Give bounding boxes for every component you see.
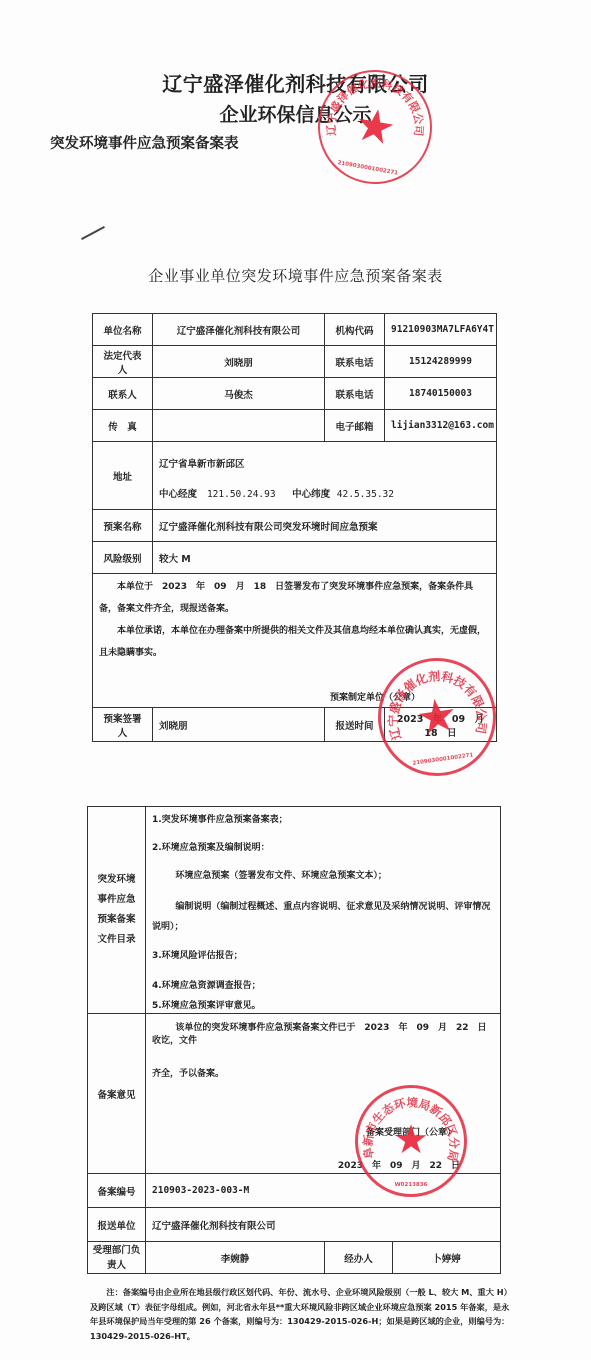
coordinates: 中心经度 121.50.24.93 中心纬度 42.5.35.32 [159,486,490,500]
fax [153,410,325,442]
statement-1: 本单位于 2023 年 09 月 18 日签署发布了突发环境事件应急预案，备案条… [99,576,490,620]
table-row: 备案意见 该单位的突发环境事件应急预案备案文件已于 2023 年 09 月 22… [88,1014,501,1174]
email: lijian3312@163.com [385,410,497,442]
table-row: 预案签署人 刘晓朋 报送时间 2023 年 09 月 18 日 [93,708,497,742]
company-name: 辽宁盛泽催化剂科技有限公司 [0,68,591,97]
list-item: 3.环境风险评估报告； [152,949,494,963]
table-row: 突发环境 事件应急 预案备案 文件目录 1.突发环境事件应急预案备案表； 2.环… [88,807,501,1014]
latitude: 42.5.35.32 [337,489,394,500]
submit-time: 2023 年 09 月 18 日 [385,708,497,742]
handler: 卜婷婷 [393,1242,501,1274]
address-cell: 辽宁省阜新市新邱区 中心经度 121.50.24.93 中心纬度 42.5.35… [153,442,497,510]
table-row: 地址 辽宁省阜新市新邱区 中心经度 121.50.24.93 中心纬度 42.5… [93,442,497,510]
opinion-label: 备案意见 [88,1014,146,1174]
address: 辽宁省阜新市新邱区 [159,456,490,470]
opinion-cell: 该单位的突发环境事件应急预案备案文件已于 2023 年 09 月 22 日收讫，… [146,1014,501,1174]
filing-form-table: 单位名称 辽宁盛泽催化剂科技有限公司 机构代码 91210903MA7LFA6Y… [92,313,497,742]
latitude-label: 中心纬度 [292,489,330,500]
footnote: 注：备案编号由企业所在地县级行政区划代码、年份、流水号、企业环境风险级别（一般 … [90,1285,510,1343]
list-item: 1.突发环境事件应急预案备案表； [152,813,494,827]
section-title: 突发环境事件应急预案备案表 [50,132,239,153]
dept-seal-label: 备案受理部门（公章） [152,1125,494,1138]
seal-number: 2109030001002271 [412,752,474,766]
contact: 马俊杰 [153,378,325,410]
contact-label: 联系人 [93,378,153,410]
table-row: 受理部门负责人 李婉静 经办人 卜婷婷 [88,1242,501,1274]
list-item: 编制说明（编制过程概述、重点内容说明、征求意见及采纳情况说明、评审情况说明）； [152,897,494,937]
table-row: 单位名称 辽宁盛泽催化剂科技有限公司 机构代码 91210903MA7LFA6Y… [93,314,497,346]
submitter-label: 报送单位 [88,1208,146,1242]
phone2: 18740150003 [385,378,497,410]
catalog-label: 突发环境 事件应急 预案备案 文件目录 [88,807,146,1014]
email-label: 电子邮箱 [325,410,385,442]
phone2-label: 联系电话 [325,378,385,410]
table-row: 传 真 电子邮箱 lijian3312@163.com [93,410,497,442]
submitter: 辽宁盛泽催化剂科技有限公司 [146,1208,501,1242]
risk-level-label: 风险级别 [93,542,153,574]
unit-name-label: 单位名称 [93,314,153,346]
opinion-text-1: 该单位的突发环境事件应急预案备案文件已于 2023 年 09 月 22 日收讫，… [152,1020,494,1046]
org-code: 91210903MA7LFA6Y4T [385,314,497,346]
dept-head-label: 受理部门负责人 [88,1242,146,1274]
plan-name: 辽宁盛泽催化剂科技有限公司突发环境时间应急预案 [153,510,497,542]
signer-label: 预案签署人 [93,708,153,742]
list-item: 5.环境应急预案评审意见。 [152,999,494,1013]
opinion-text-2: 齐全，予以备案。 [152,1066,494,1079]
phone1: 15124289999 [385,346,497,378]
seal-number: 2109030001002271 [337,160,399,177]
fax-label: 传 真 [93,410,153,442]
list-item: 4.环境应急资源调查报告； [152,979,494,993]
handler-label: 经办人 [325,1242,393,1274]
table-row: 风险级别 较大 M [93,542,497,574]
pen-mark [81,226,105,240]
unit-name: 辽宁盛泽催化剂科技有限公司 [153,314,325,346]
org-code-label: 机构代码 [325,314,385,346]
list-item: 环境应急预案（签署发布文件、环境应急预案文本）； [152,869,494,883]
phone1-label: 联系电话 [325,346,385,378]
longitude-label: 中心经度 [159,489,197,500]
plan-name-label: 预案名称 [93,510,153,542]
signer: 刘晓朋 [153,708,325,742]
risk-level: 较大 M [153,542,497,574]
longitude: 121.50.24.93 [207,489,276,500]
number-label: 备案编号 [88,1174,146,1208]
legal-rep-label: 法定代表人 [93,346,153,378]
filing-number: 210903-2023-003-M [146,1174,501,1208]
disclosure-title: 企业环保信息公示 [0,100,591,127]
dept-head: 李婉静 [146,1242,325,1274]
list-item: 2.环境应急预案及编制说明： [152,841,494,855]
table-row: 联系人 马俊杰 联系电话 18740150003 [93,378,497,410]
table-row: 报送单位 辽宁盛泽催化剂科技有限公司 [88,1208,501,1242]
catalog-list: 1.突发环境事件应急预案备案表； 2.环境应急预案及编制说明： 环境应急预案（签… [146,807,501,1014]
submit-time-label: 报送时间 [325,708,385,742]
table-row: 法定代表人 刘晓朋 联系电话 15124289999 [93,346,497,378]
table-row: 预案名称 辽宁盛泽催化剂科技有限公司突发环境时间应急预案 [93,510,497,542]
table-row: 本单位于 2023 年 09 月 18 日签署发布了突发环境事件应急预案，备案条… [93,574,497,708]
maker-seal-label: 预案制定单位（公章） [99,690,490,703]
catalog-table: 突发环境 事件应急 预案备案 文件目录 1.突发环境事件应急预案备案表； 2.环… [87,806,501,1274]
form-title: 企业事业单位突发环境事件应急预案备案表 [0,265,591,286]
statement-cell: 本单位于 2023 年 09 月 18 日签署发布了突发环境事件应急预案，备案条… [93,574,497,708]
dept-date: 2023 年 09 月 22 日 [152,1158,494,1171]
address-label: 地址 [93,442,153,510]
table-row: 备案编号 210903-2023-003-M [88,1174,501,1208]
statement-2: 本单位承诺，本单位在办理备案中所提供的相关文件及其信息均经本单位确认真实，无虚假… [99,620,490,664]
legal-rep: 刘晓朋 [153,346,325,378]
